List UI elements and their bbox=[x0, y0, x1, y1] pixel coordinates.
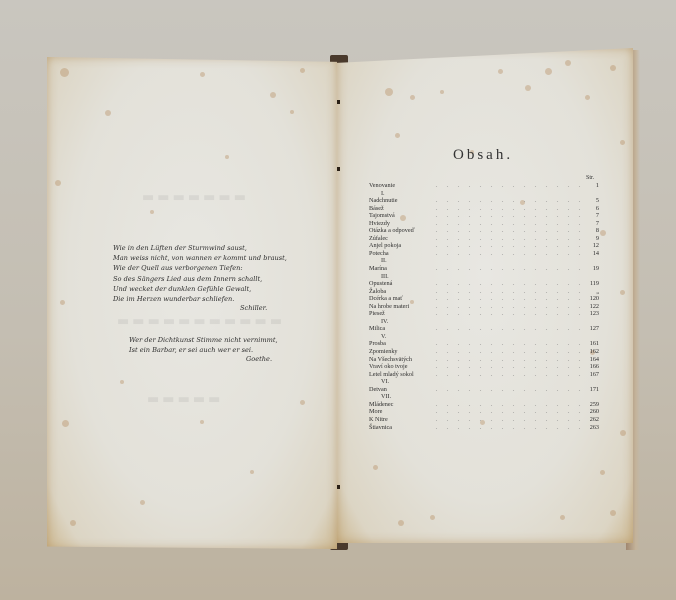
toc-entry: Žaloba„ bbox=[369, 288, 599, 296]
foxing-spot bbox=[620, 140, 625, 145]
toc-entry-title: Marína bbox=[369, 265, 387, 273]
foxing-spot bbox=[120, 380, 124, 384]
binding-thread bbox=[337, 485, 340, 489]
leader-dots bbox=[431, 224, 585, 225]
toc-entry-title: Básež bbox=[369, 205, 384, 213]
toc-entry: Zpomienky162 bbox=[369, 348, 599, 356]
foxing-spot bbox=[525, 85, 531, 91]
toc-entry-page: 171 bbox=[579, 386, 599, 394]
toc-entry-title: Dcérka a mať bbox=[369, 295, 403, 303]
leader-dots bbox=[431, 360, 585, 361]
toc-entry: Zúfalec9 bbox=[369, 235, 599, 243]
foxing-spot bbox=[440, 90, 444, 94]
toc-entry-page: 8 bbox=[579, 227, 599, 235]
toc-entry-title: Štiavnica bbox=[369, 424, 392, 432]
leader-dots bbox=[431, 307, 585, 308]
toc-section-heading: IV. bbox=[369, 318, 599, 326]
leader-dots bbox=[431, 412, 585, 413]
toc-entry: Na Všechsvätých164 bbox=[369, 356, 599, 364]
toc-entry-page: 263 bbox=[579, 424, 599, 432]
toc-entry-title: Zúfalec bbox=[369, 235, 388, 243]
toc-entry-page: 12 bbox=[579, 242, 599, 250]
foxing-spot bbox=[560, 515, 565, 520]
toc-section-heading: VI. bbox=[369, 378, 599, 386]
schiller-attribution: Schiller. bbox=[240, 304, 267, 312]
toc-section-heading: III. bbox=[369, 273, 599, 281]
toc-entry: K Nitre262 bbox=[369, 416, 599, 424]
open-book: ▬▬▬▬▬▬▬ ▬▬▬▬▬▬▬▬▬▬▬ ▬▬▬▬▬ Wie in den Lüf… bbox=[0, 0, 676, 600]
toc-entry: Mládenec259 bbox=[369, 401, 599, 409]
toc-entry-page: 262 bbox=[579, 416, 599, 424]
poem-line: Ist ein Barbar, er sei auch wer er sei. bbox=[129, 345, 278, 355]
toc-entry: More260 bbox=[369, 408, 599, 416]
toc-entry: Piesež123 bbox=[369, 310, 599, 318]
toc-entry-title: Potecha bbox=[369, 250, 389, 258]
toc-entry-page: 260 bbox=[579, 408, 599, 416]
leader-dots bbox=[431, 284, 585, 285]
toc-entry: Tajomstvá7 bbox=[369, 212, 599, 220]
foxing-spot bbox=[600, 470, 605, 475]
goethe-poem: Wer der Dichtkunst Stimme nicht vernimmt… bbox=[129, 335, 278, 355]
leader-dots bbox=[431, 292, 585, 293]
leader-dots bbox=[431, 314, 585, 315]
foxing-spot bbox=[373, 465, 378, 470]
toc-entry-title: Otázka a odpoveď bbox=[369, 227, 415, 235]
binding-thread bbox=[337, 167, 340, 171]
toc-entry-page: 6 bbox=[579, 205, 599, 213]
foxing-spot bbox=[565, 60, 571, 66]
toc-entry: Básež6 bbox=[369, 205, 599, 213]
leader-dots bbox=[431, 405, 585, 406]
toc-entry: Marína19 bbox=[369, 265, 599, 273]
toc-entry: Štiavnica263 bbox=[369, 424, 599, 432]
toc-section-heading: I. bbox=[369, 190, 599, 198]
foxing-spot bbox=[398, 520, 404, 526]
toc-entry-title: II. bbox=[381, 257, 387, 265]
toc-entry-title: VI. bbox=[381, 378, 389, 386]
foxing-spot bbox=[610, 510, 616, 516]
foxing-spot bbox=[498, 69, 503, 74]
leader-dots bbox=[431, 269, 585, 270]
schiller-poem: Wie in den Lüften der Sturmwind saust, M… bbox=[113, 243, 287, 304]
poem-line: So des Sängers Lied aus dem Innern schal… bbox=[113, 274, 287, 284]
toc-entry-title: Venovanie bbox=[369, 182, 395, 190]
leader-dots bbox=[431, 231, 585, 232]
poem-line: Die im Herzen wunderbar schliefen. bbox=[113, 294, 287, 304]
binding-thread bbox=[337, 100, 340, 104]
toc-entry-title: Na Všechsvätých bbox=[369, 356, 412, 364]
toc-entry-page: 127 bbox=[579, 325, 599, 333]
foxing-spot bbox=[270, 92, 276, 98]
foxing-spot bbox=[62, 420, 69, 427]
toc-entry-title: K Nitre bbox=[369, 416, 388, 424]
foxing-spot bbox=[105, 110, 111, 116]
foxing-spot bbox=[70, 520, 76, 526]
bleed-through-text: ▬▬▬▬▬▬▬▬▬▬▬ bbox=[117, 314, 285, 329]
toc-entry-page: 19 bbox=[579, 265, 599, 273]
foxing-spot bbox=[60, 68, 69, 77]
foxing-spot bbox=[585, 95, 590, 100]
toc-entry-title: Mládenec bbox=[369, 401, 393, 409]
leader-dots bbox=[431, 367, 585, 368]
toc-entry-page: 161 bbox=[579, 340, 599, 348]
toc-entry-page: 7 bbox=[579, 220, 599, 228]
toc-entry: Prosba161 bbox=[369, 340, 599, 348]
foxing-spot bbox=[55, 180, 61, 186]
toc-entry-page: 166 bbox=[579, 363, 599, 371]
toc-entry-title: Hviezdy bbox=[369, 220, 390, 228]
toc-entry-title: Anjel pokoja bbox=[369, 242, 401, 250]
toc-entry: Opustená119 bbox=[369, 280, 599, 288]
poem-line: Und wecket der dunklen Gefühle Gewalt, bbox=[113, 284, 287, 294]
leader-dots bbox=[431, 201, 585, 202]
poem-line: Wer der Dichtkunst Stimme nicht vernimmt… bbox=[129, 335, 278, 345]
toc-entry-title: Detvan bbox=[369, 386, 387, 394]
toc-entry-title: Opustená bbox=[369, 280, 392, 288]
foxing-spot bbox=[225, 155, 229, 159]
toc-entry-title: More bbox=[369, 408, 382, 416]
poem-line: Wie der Quell aus verborgenen Tiefen: bbox=[113, 263, 287, 273]
foxing-spot bbox=[200, 420, 204, 424]
toc-entry-page: 164 bbox=[579, 356, 599, 364]
foxing-spot bbox=[545, 68, 552, 75]
leader-dots bbox=[431, 216, 585, 217]
toc-entry: Potecha14 bbox=[369, 250, 599, 258]
foxing-spot bbox=[395, 133, 400, 138]
leader-dots bbox=[431, 246, 585, 247]
toc-entry: Otázka a odpoveď8 bbox=[369, 227, 599, 235]
foxing-spot bbox=[60, 300, 65, 305]
toc-entry: Milica127 bbox=[369, 325, 599, 333]
toc-entry-title: VII. bbox=[381, 393, 391, 401]
toc-section-heading: II. bbox=[369, 257, 599, 265]
toc-entry-title: Tajomstvá bbox=[369, 212, 395, 220]
foxing-spot bbox=[140, 500, 145, 505]
foxing-spot bbox=[620, 430, 626, 436]
toc-entry-title: Piesež bbox=[369, 310, 385, 318]
leader-dots bbox=[431, 329, 585, 330]
foxing-spot bbox=[290, 110, 294, 114]
leader-dots bbox=[431, 299, 585, 300]
toc-entry-title: Žaloba bbox=[369, 288, 386, 296]
toc-section-heading: V. bbox=[369, 333, 599, 341]
leader-dots bbox=[431, 186, 585, 187]
toc-entry-page: 122 bbox=[579, 303, 599, 311]
toc-entry: Vraví oko tvoje166 bbox=[369, 363, 599, 371]
foxing-spot bbox=[250, 470, 254, 474]
toc-entry-page: 162 bbox=[579, 348, 599, 356]
toc-entry-title: Na hrobe materi bbox=[369, 303, 409, 311]
toc-entry-title: Vraví oko tvoje bbox=[369, 363, 407, 371]
toc-entry-title: Prosba bbox=[369, 340, 386, 348]
toc-entry-page: 9 bbox=[579, 235, 599, 243]
toc-entry-page: 259 bbox=[579, 401, 599, 409]
leader-dots bbox=[431, 254, 585, 255]
leader-dots bbox=[431, 428, 585, 429]
foxing-spot bbox=[385, 88, 393, 96]
toc-entry-title: IV. bbox=[381, 318, 388, 326]
leader-dots bbox=[431, 209, 585, 210]
toc-entry-title: Nadchnutie bbox=[369, 197, 398, 205]
toc-entry-title: I. bbox=[381, 190, 385, 198]
page-column-label: Str. bbox=[586, 175, 594, 181]
table-of-contents: Venovanie1I.Nadchnutie5Básež6Tajomstvá7H… bbox=[369, 182, 599, 431]
toc-entry-title: III. bbox=[381, 273, 389, 281]
foxing-spot bbox=[300, 400, 305, 405]
leader-dots bbox=[431, 420, 585, 421]
bleed-through-text: ▬▬▬▬▬ bbox=[147, 392, 223, 407]
toc-title: Obsah. bbox=[453, 147, 513, 164]
toc-entry-page: 120 bbox=[579, 295, 599, 303]
toc-entry-page: 14 bbox=[579, 250, 599, 258]
toc-entry: Venovanie1 bbox=[369, 182, 599, 190]
bleed-through-text: ▬▬▬▬▬▬▬ bbox=[142, 190, 249, 205]
toc-entry: Na hrobe materi122 bbox=[369, 303, 599, 311]
toc-entry-page: 7 bbox=[579, 212, 599, 220]
toc-entry: Detvan171 bbox=[369, 386, 599, 394]
toc-entry: Dcérka a mať120 bbox=[369, 295, 599, 303]
foxing-spot bbox=[410, 95, 415, 100]
foxing-spot bbox=[600, 230, 606, 236]
foxing-spot bbox=[610, 65, 616, 71]
foxing-spot bbox=[200, 72, 205, 77]
leader-dots bbox=[431, 344, 585, 345]
toc-section-heading: VII. bbox=[369, 393, 599, 401]
leader-dots bbox=[431, 239, 585, 240]
toc-entry-page: 119 bbox=[579, 280, 599, 288]
foxing-spot bbox=[150, 210, 154, 214]
leader-dots bbox=[431, 390, 585, 391]
toc-entry: Letel mladý sokol167 bbox=[369, 371, 599, 379]
leader-dots bbox=[431, 375, 585, 376]
foxing-spot bbox=[620, 290, 625, 295]
foxing-spot bbox=[300, 68, 305, 73]
toc-entry: Anjel pokoja12 bbox=[369, 242, 599, 250]
poem-line: Man weiss nicht, von wannen er kommt und… bbox=[113, 253, 287, 263]
toc-entry-page: 1 bbox=[579, 182, 599, 190]
toc-entry-page: 167 bbox=[579, 371, 599, 379]
toc-entry-title: Milica bbox=[369, 325, 385, 333]
toc-entry: Hviezdy7 bbox=[369, 220, 599, 228]
toc-entry-page: 123 bbox=[579, 310, 599, 318]
goethe-attribution: Goethe. bbox=[246, 355, 272, 363]
poem-line: Wie in den Lüften der Sturmwind saust, bbox=[113, 243, 287, 253]
toc-entry-page: „ bbox=[579, 288, 599, 296]
toc-entry-title: V. bbox=[381, 333, 386, 341]
toc-entry-page: 5 bbox=[579, 197, 599, 205]
toc-entry-title: Zpomienky bbox=[369, 348, 398, 356]
foxing-spot bbox=[430, 515, 435, 520]
toc-entry-title: Letel mladý sokol bbox=[369, 371, 414, 379]
toc-entry: Nadchnutie5 bbox=[369, 197, 599, 205]
leader-dots bbox=[431, 352, 585, 353]
